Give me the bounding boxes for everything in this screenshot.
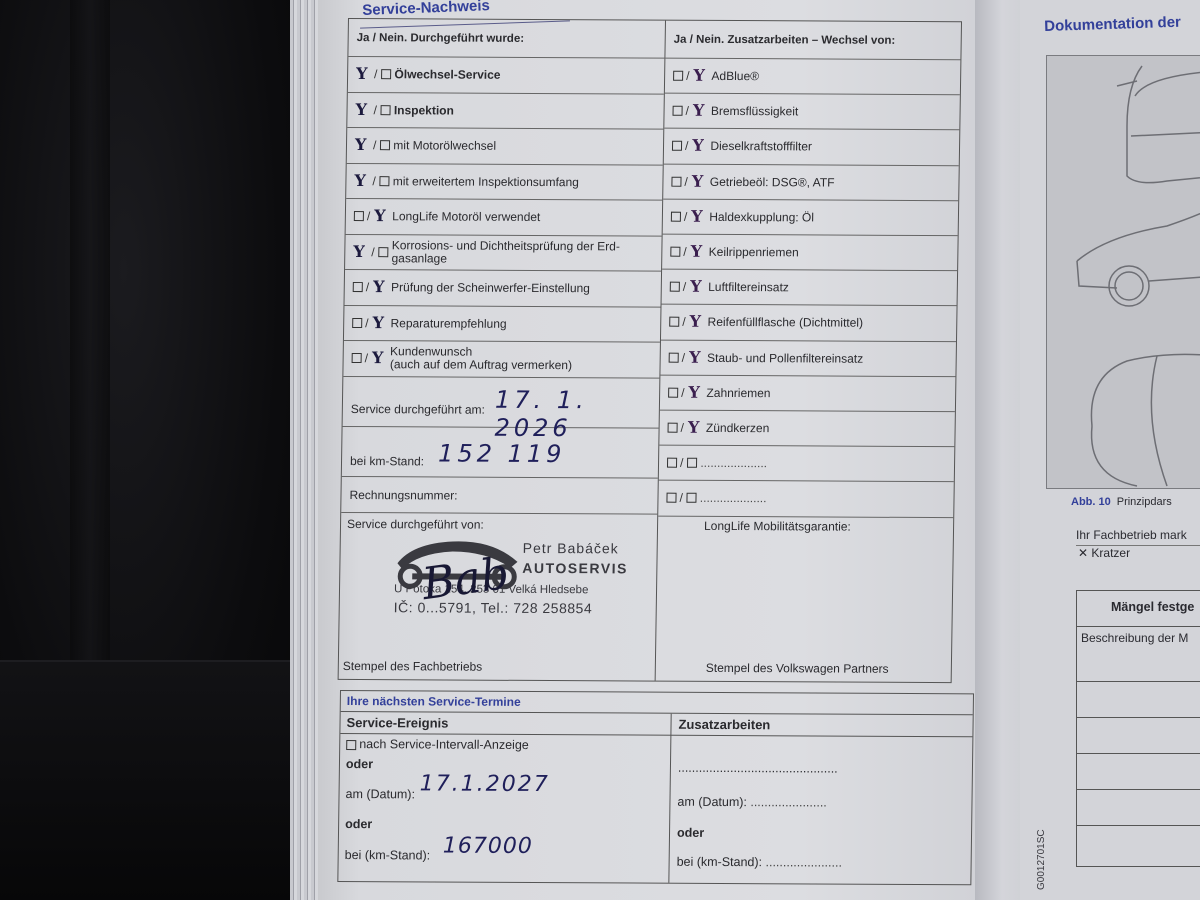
separator: / [679, 491, 683, 505]
ja-checkmark-icon[interactable]: Y [356, 66, 370, 82]
scratch-legend: ✕ Kratzer [1078, 546, 1130, 560]
separator: / [682, 350, 686, 364]
separator: / [373, 103, 377, 117]
nein-checkmark-icon[interactable]: Y [693, 68, 707, 84]
additional-item-label: Zündkerzen [706, 421, 770, 435]
km-value[interactable]: 152 119 [438, 439, 566, 468]
dealer-stamp: Petr Babáček AUTOSERVIS U Potoka 154, 25… [391, 533, 643, 644]
additional-item[interactable]: /YKeilrippenriemen [662, 235, 958, 272]
nein-checkbox[interactable] [687, 493, 697, 503]
mobility-label: LongLife Mobilitätsgarantie: [704, 519, 851, 534]
ja-checkbox[interactable] [353, 282, 363, 292]
ja-checkbox[interactable] [669, 317, 679, 327]
nein-checkmark-icon[interactable]: Y [374, 208, 388, 224]
additional-header-label: Ja / Nein. Zusatzarbeiten – Wechsel von: [674, 33, 896, 46]
performed-item-label: mit Motorölwechsel [393, 138, 496, 153]
performed-header: Ja / Nein. Durchgeführt wurde: [348, 19, 665, 59]
ja-checkbox[interactable] [673, 71, 683, 81]
performed-item-label: LongLife Motoröl verwendet [392, 209, 540, 224]
next-service-box: Ihre nächsten Service-Termine Service-Er… [337, 690, 974, 885]
extra-or-label: oder [677, 826, 704, 840]
service-date-label: Service durchgeführt am: [351, 402, 485, 417]
invoice-row: Rechnungsnummer: [341, 477, 658, 515]
next-service-divider [668, 714, 671, 883]
additional-item[interactable]: /.................... [658, 481, 954, 518]
nein-checkmark-icon[interactable]: Y [688, 385, 702, 401]
invoice-label: Rechnungsnummer: [349, 487, 457, 502]
additional-item[interactable]: /YZündkerzen [659, 411, 955, 448]
additional-header: Ja / Nein. Zusatzarbeiten – Wechsel von: [665, 21, 961, 61]
separator: / [372, 174, 376, 188]
performed-item-label: Korrosions- und Dichtheitsprüfung der Er… [391, 239, 620, 266]
nein-checkbox[interactable] [381, 69, 391, 79]
separator: / [685, 104, 689, 118]
nein-checkmark-icon[interactable]: Y [690, 279, 704, 295]
defects-table: Mängel festge Beschreibung der M [1076, 590, 1200, 867]
additional-item-label: .................... [700, 491, 767, 505]
stamp-brand: AUTOSERVIS [522, 560, 628, 577]
additional-item[interactable]: /YDieselkraftstofffilter [664, 129, 960, 166]
leather-cover [0, 0, 310, 900]
defects-description-label: Beschreibung der M [1081, 631, 1188, 645]
extra-date-field[interactable]: ...................... [750, 795, 827, 809]
separator: / [683, 245, 687, 259]
nein-checkbox[interactable] [380, 176, 390, 186]
documentation-title: Dokumentation der [1044, 14, 1181, 35]
performed-header-label: Ja / Nein. Durchgeführt wurde: [357, 32, 525, 45]
or-label-1: oder [346, 757, 373, 771]
additional-item-label: Staub- und Pollenfiltereinsatz [707, 351, 863, 366]
separator: / [684, 174, 688, 188]
separator: / [366, 280, 370, 294]
additional-item-label: AdBlue® [711, 69, 759, 83]
interval-checkbox[interactable] [346, 740, 356, 750]
nein-checkbox[interactable] [381, 105, 391, 115]
ja-checkbox[interactable] [667, 458, 677, 468]
separator: / [365, 316, 369, 330]
extra-km-field[interactable]: ...................... [765, 855, 842, 869]
ja-checkbox[interactable] [352, 353, 362, 363]
additional-item-label: Getriebeöl: DSG®, ATF [710, 175, 835, 190]
additional-item[interactable]: /YHaldexkupplung: Öl [663, 199, 959, 236]
additional-item-label: .................... [700, 456, 767, 470]
next-km-value[interactable]: 167000 [443, 834, 533, 859]
additional-item-label: Dieselkraftstofffilter [710, 139, 812, 154]
stamp-ic-tel: IČ: 0...5791, Tel.: 728 258854 [394, 599, 593, 616]
nein-checkmark-icon[interactable]: Y [691, 244, 705, 260]
next-km-row: bei (km-Stand): [345, 848, 431, 862]
separator: / [680, 421, 684, 435]
performed-item-label: Kundenwunsch(auch auf dem Auftrag vermer… [390, 345, 573, 372]
next-km-label: bei (km-Stand): [345, 848, 431, 862]
nein-checkbox[interactable] [380, 140, 390, 150]
additional-item-label: Haldexkupplung: Öl [709, 210, 814, 225]
stamp-vw-label: Stempel des Volkswagen Partners [706, 661, 889, 676]
col-extra-header: Zusatzarbeiten [678, 717, 770, 732]
ja-checkbox[interactable] [354, 211, 364, 221]
separator: / [365, 351, 369, 365]
next-date-value[interactable]: 17.1.2027 [420, 771, 550, 797]
stamp-name: Petr Babáček [523, 540, 619, 557]
vehicle-diagram [1046, 55, 1200, 489]
separator: / [367, 209, 371, 223]
separator: / [683, 280, 687, 294]
extra-date-label: am (Datum): [677, 795, 747, 809]
additional-item-label: Keilrippenriemen [709, 245, 799, 259]
performed-item[interactable]: Y/Korrosions- und Dichtheitsprüfung der … [345, 234, 662, 271]
additional-item[interactable]: /YGetriebeöl: DSG®, ATF [663, 164, 959, 201]
additional-item[interactable]: /YStaub- und Pollenfiltereinsatz [660, 340, 956, 377]
nein-checkmark-icon[interactable]: Y [691, 209, 705, 225]
cover-fold [0, 660, 300, 900]
additional-item-label: Luftfiltereinsatz [708, 280, 789, 294]
nein-checkmark-icon[interactable]: Y [688, 420, 702, 436]
additional-item[interactable]: /YLuftfiltereinsatz [662, 270, 958, 307]
performed-item[interactable]: Y/Inspektion [347, 92, 664, 129]
performed-item-label: Ölwechsel-Service [394, 67, 500, 82]
next-date-row: am (Datum): [345, 787, 415, 801]
nein-checkmark-icon[interactable]: Y [692, 173, 706, 189]
performed-by-label: Service durchgeführt von: [347, 517, 484, 532]
separator: / [681, 386, 685, 400]
ja-checkbox[interactable] [352, 318, 362, 328]
dealer-stamp-area: Service durchgeführt von: Petr Babáček A… [339, 513, 658, 681]
km-row: bei km-Stand: 152 119 [342, 427, 659, 479]
car-outline-icon [1047, 56, 1200, 488]
performed-item[interactable]: /YKundenwunsch(auch auf dem Auftrag verm… [343, 341, 660, 378]
nein-checkbox[interactable] [379, 247, 389, 257]
ja-checkmark-icon[interactable]: Y [355, 137, 369, 153]
additional-item[interactable]: /YZahnriemen [660, 375, 956, 412]
ja-checkbox[interactable] [669, 352, 679, 362]
interval-label: nach Service-Intervall-Anzeige [359, 737, 529, 752]
separator: / [680, 456, 684, 470]
separator: / [374, 67, 378, 81]
ja-checkbox[interactable] [673, 106, 683, 116]
separator: / [685, 139, 689, 153]
nein-checkmark-icon[interactable]: Y [373, 279, 387, 295]
ja-checkbox[interactable] [671, 176, 681, 186]
ja-checkbox[interactable] [671, 212, 681, 222]
nein-checkmark-icon[interactable]: Y [692, 138, 706, 154]
performed-item[interactable]: /YPrüfung der Scheinwerfer-Einstellung [344, 270, 661, 307]
vw-stamp-area: LongLife Mobilitätsgarantie: Stempel des… [656, 515, 954, 683]
separator: / [371, 245, 375, 259]
extra-km-label: bei (km-Stand): [677, 855, 763, 869]
ja-checkmark-icon[interactable]: Y [355, 102, 369, 118]
ja-checkbox[interactable] [670, 282, 680, 292]
service-date-row: Service durchgeführt am: 17. 1. 2026 [343, 377, 660, 429]
or-label-2: oder [345, 817, 372, 831]
figure-caption-text: Prinzipdars [1117, 496, 1172, 508]
additional-item-label: Reifenfüllflasche (Dichtmittel) [707, 315, 863, 330]
additional-item[interactable]: /YBremsflüssigkeit [664, 94, 960, 131]
col-event-header: Service-Ereignis [346, 715, 448, 731]
extra-work-field[interactable]: ........................................… [678, 761, 838, 776]
performed-item[interactable]: Y/mit Motorölwechsel [347, 128, 664, 165]
ja-checkmark-icon[interactable]: Y [354, 173, 368, 189]
nein-checkmark-icon[interactable]: Y [689, 314, 703, 330]
document-id: G0012701SC [1036, 829, 1047, 890]
nein-checkmark-icon[interactable]: Y [693, 103, 707, 119]
performed-item-label: mit erweitertem Inspektionsumfang [393, 174, 579, 189]
ja-checkbox[interactable] [672, 141, 682, 151]
dealer-note: Ihr Fachbetrieb mark [1076, 528, 1200, 546]
performed-item-label: Prüfung der Scheinwerfer-Einstellung [391, 280, 590, 295]
separator: / [686, 69, 690, 83]
figure-number: Abb. 10 [1071, 496, 1111, 508]
performed-item-label: Reparaturempfehlung [390, 316, 506, 331]
extra-date-row: am (Datum): ...................... [677, 795, 827, 810]
stamp-dealer-label: Stempel des Fachbetriebs [343, 659, 483, 674]
performed-item[interactable]: /YLongLife Motoröl verwendet [346, 199, 663, 236]
ja-checkbox[interactable] [668, 388, 678, 398]
performed-item-label: Inspektion [394, 103, 454, 117]
separator: / [684, 210, 688, 224]
next-date-label: am (Datum): [345, 787, 415, 801]
nein-checkbox[interactable] [687, 458, 697, 468]
separator: / [373, 138, 377, 152]
extra-km-row: bei (km-Stand): ...................... [677, 855, 843, 870]
additional-item-label: Zahnriemen [706, 386, 770, 400]
ja-checkbox[interactable] [666, 493, 676, 503]
defects-header: Mängel festge [1077, 591, 1200, 627]
additional-item[interactable]: /.................... [659, 446, 955, 483]
service-record-form: Ja / Nein. Durchgeführt wurde: Y/Ölwechs… [338, 18, 962, 683]
additional-item[interactable]: /YAdBlue® [665, 59, 961, 96]
interval-option[interactable]: nach Service-Intervall-Anzeige [346, 737, 529, 752]
additional-item-label: Bremsflüssigkeit [711, 104, 799, 118]
performed-item[interactable]: /YReparaturempfehlung [344, 305, 661, 342]
next-service-headers: Service-Ereignis Zusatzarbeiten [340, 712, 972, 737]
ja-checkmark-icon[interactable]: Y [353, 244, 367, 260]
ja-checkbox[interactable] [670, 247, 680, 257]
nein-checkmark-icon[interactable]: Y [689, 349, 703, 365]
ja-checkbox[interactable] [668, 423, 678, 433]
km-label: bei km-Stand: [350, 454, 424, 468]
nein-checkmark-icon[interactable]: Y [372, 350, 386, 366]
additional-item[interactable]: /YReifenfüllflasche (Dichtmittel) [661, 305, 957, 342]
nein-checkmark-icon[interactable]: Y [372, 315, 386, 331]
performed-item[interactable]: Y/mit erweitertem Inspektionsumfang [346, 163, 663, 200]
performed-item[interactable]: Y/Ölwechsel-Service [348, 57, 665, 94]
figure-caption: Abb. 10Prinzipdars [1071, 496, 1172, 508]
separator: / [682, 315, 686, 329]
